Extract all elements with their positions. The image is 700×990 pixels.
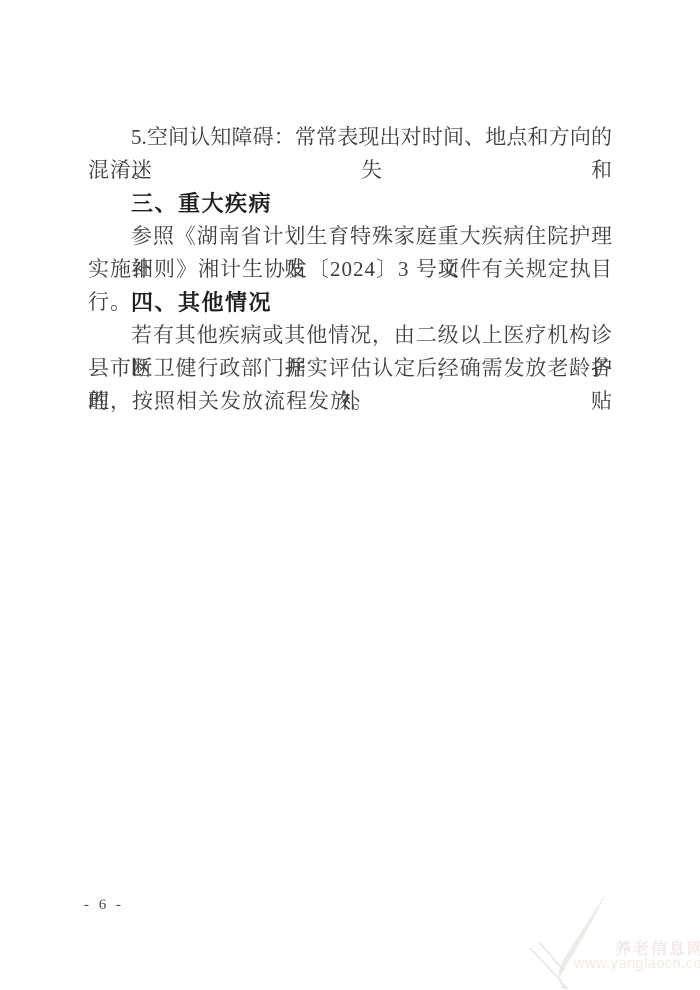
section-heading: 三、重大疾病 xyxy=(88,187,612,220)
document-text: 5.空间认知障碍：常常表现出对时间、地点和方向的迷失和混淆。三、重大疾病参照《湖… xyxy=(88,121,612,418)
text-line: 5.空间认知障碍：常常表现出对时间、地点和方向的迷失和 xyxy=(88,121,612,154)
page-number: - 6 - xyxy=(84,897,124,914)
section-heading: 四、其他情况 xyxy=(88,286,612,319)
text-line: 县市区卫健行政部门据实评估认定后，确需发放老龄护理补贴 xyxy=(88,352,612,385)
text-line: 实施细则》湘计生协发〔2024〕3 号文件有关规定执行。 xyxy=(88,253,612,286)
text-line: 若有其他疾病或其他情况，由二级以上医疗机构诊断并经各 xyxy=(88,319,612,352)
text-line: 参照《湖南省计划生育特殊家庭重大疾病住院护理补贴项目 xyxy=(88,220,612,253)
document-page: 5.空间认知障碍：常常表现出对时间、地点和方向的迷失和混淆。三、重大疾病参照《湖… xyxy=(0,0,700,990)
watermark-site-url: www.yanglaocn.com xyxy=(574,956,700,972)
